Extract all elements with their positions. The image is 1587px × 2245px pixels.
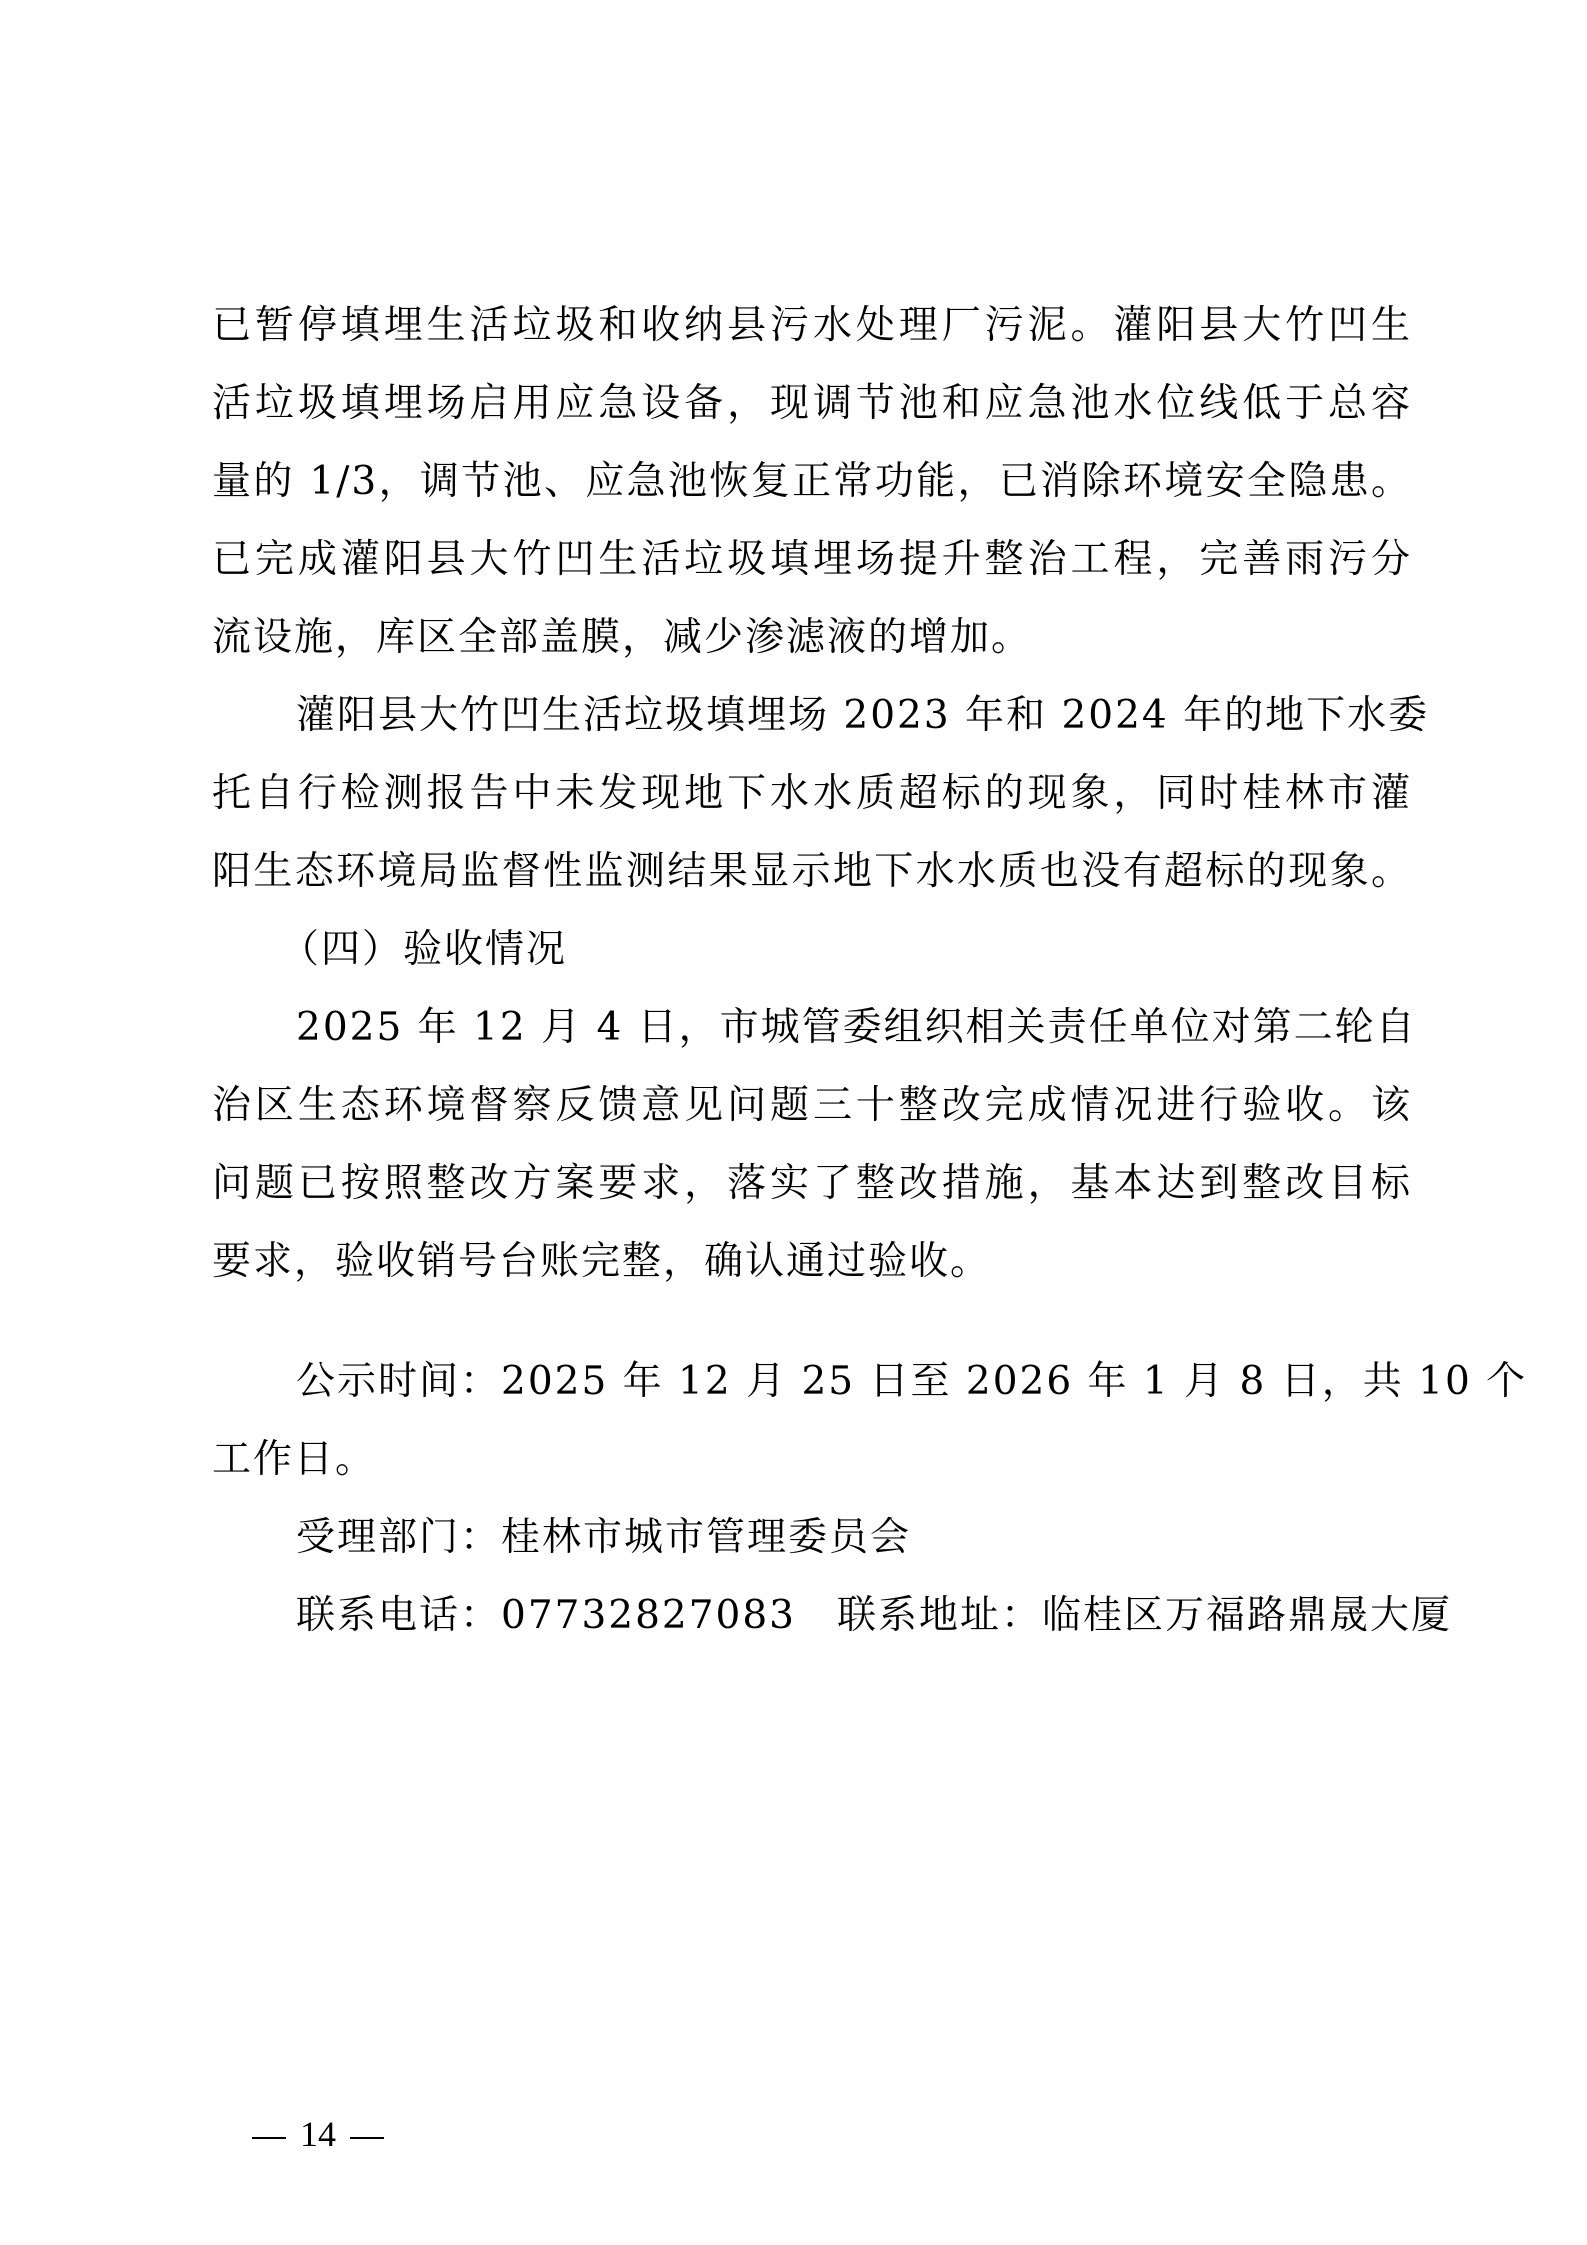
responsible-department: 受理部门：桂林市城市管理委员会 bbox=[296, 1512, 1412, 1564]
paragraph-line: 问题已按照整改方案要求，落实了整改措施，基本达到整改目标 bbox=[212, 1158, 1412, 1210]
paragraph-line: 2025 年 12 月 4 日，市城管委组织相关责任单位对第二轮自 bbox=[296, 1002, 1412, 1054]
page-number: 14 bbox=[238, 2110, 398, 2158]
section-heading: （四）验收情况 bbox=[280, 924, 1396, 976]
paragraph-line: 活垃圾填埋场启用应急设备，现调节池和应急池水位线低于总容 bbox=[212, 378, 1412, 430]
paragraph-line: 托自行检测报告中未发现地下水水质超标的现象，同时桂林市灌 bbox=[212, 768, 1412, 820]
paragraph-line: 要求，验收销号台账完整，确认通过验收。 bbox=[212, 1236, 1412, 1288]
paragraph-line: 灌阳县大竹凹生活垃圾填埋场 2023 年和 2024 年的地下水委 bbox=[296, 690, 1412, 742]
paragraph-line: 已暂停填埋生活垃圾和收纳县污水处理厂污泥。灌阳县大竹凹生 bbox=[212, 300, 1412, 352]
paragraph-line: 已完成灌阳县大竹凹生活垃圾填埋场提升整治工程，完善雨污分 bbox=[212, 534, 1412, 586]
dash-decoration bbox=[350, 2137, 384, 2139]
paragraph-line: 治区生态环境督察反馈意见问题三十整改完成情况进行验收。该 bbox=[212, 1080, 1412, 1132]
page-number-value: 14 bbox=[300, 2114, 336, 2154]
paragraph-line: 量的 1/3，调节池、应急池恢复正常功能，已消除环境安全隐患。 bbox=[212, 456, 1412, 508]
publicity-period: 公示时间：2025 年 12 月 25 日至 2026 年 1 月 8 日，共 … bbox=[296, 1356, 1412, 1408]
publicity-period-cont: 工作日。 bbox=[212, 1434, 1412, 1486]
document-page: 已暂停填埋生活垃圾和收纳县污水处理厂污泥。灌阳县大竹凹生 活垃圾填埋场启用应急设… bbox=[0, 0, 1587, 2245]
paragraph-line: 流设施，库区全部盖膜，减少渗滤液的增加。 bbox=[212, 612, 1412, 664]
paragraph-line: 阳生态环境局监督性监测结果显示地下水水质也没有超标的现象。 bbox=[212, 846, 1412, 898]
dash-decoration bbox=[252, 2137, 286, 2139]
contact-info: 联系电话：07732827083 联系地址：临桂区万福路鼎晟大厦 bbox=[296, 1590, 1412, 1642]
